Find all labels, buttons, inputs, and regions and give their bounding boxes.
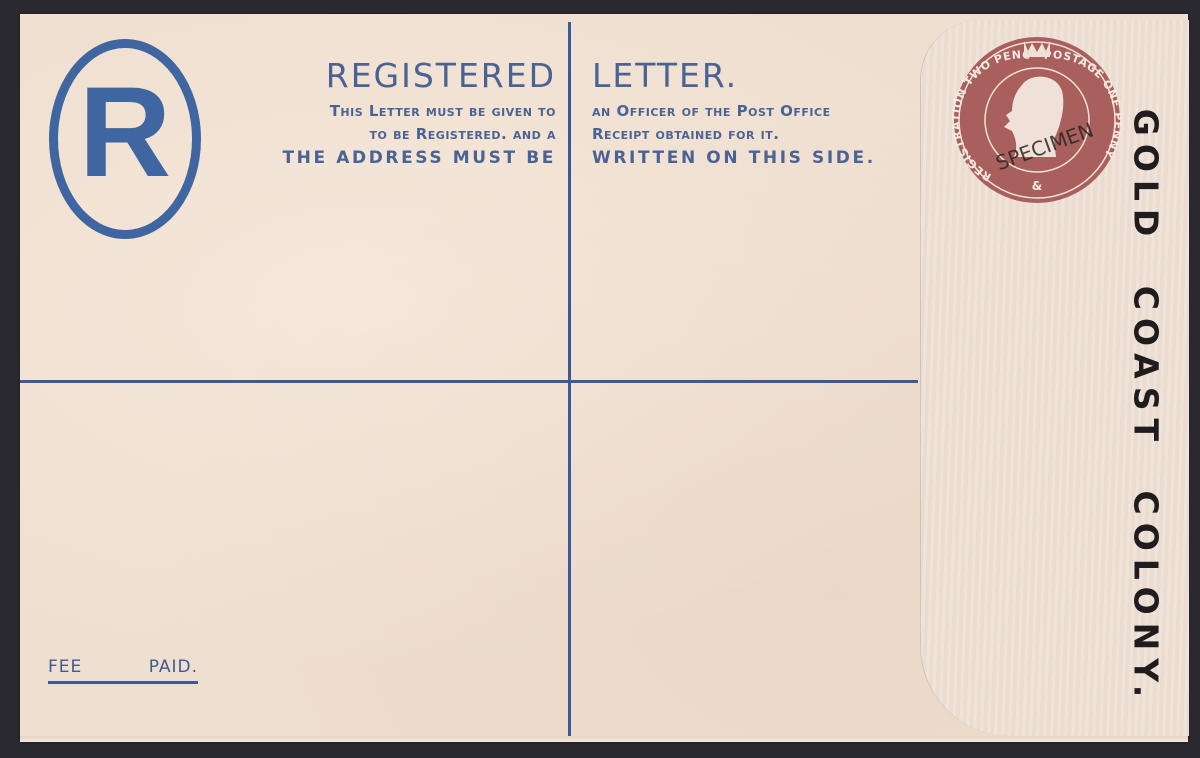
instruction-line-3-right: WRITTEN ON THIS SIDE. bbox=[592, 148, 876, 168]
instruction-line-2-left: to be Registered. and a bbox=[370, 125, 556, 143]
stamp-icon: REGISTRATION TWO PENCE POSTAGE ONE PENNY… bbox=[952, 35, 1122, 205]
instruction-line-3-left: THE ADDRESS MUST BE bbox=[282, 148, 556, 168]
embossed-stamp: REGISTRATION TWO PENCE POSTAGE ONE PENNY… bbox=[952, 35, 1122, 205]
r-letter: R bbox=[49, 69, 201, 197]
colony-text: GOLD COAST COLONY. bbox=[1127, 109, 1166, 706]
paid-text: PAID. bbox=[149, 657, 198, 677]
heading-registered: REGISTERED bbox=[326, 58, 556, 94]
horizontal-address-rule bbox=[20, 380, 918, 383]
fee-paid-label: FEE PAID. bbox=[48, 657, 198, 684]
gold-coast-overprint: GOLD COAST COLONY. bbox=[1126, 142, 1166, 672]
instruction-line-2-right: Receipt obtained for it. bbox=[592, 125, 779, 143]
stamp-ampersand: & bbox=[1032, 179, 1042, 193]
registration-r-mark: R bbox=[49, 39, 201, 239]
instruction-line-1-right: an Officer of the Post Office bbox=[592, 102, 831, 120]
instruction-line-1-left: This Letter must be given to bbox=[330, 102, 556, 120]
fee-text: FEE bbox=[48, 657, 82, 677]
registered-envelope: R REGISTERED LETTER. This Letter must be… bbox=[20, 14, 1188, 742]
heading-letter: LETTER. bbox=[592, 58, 738, 94]
